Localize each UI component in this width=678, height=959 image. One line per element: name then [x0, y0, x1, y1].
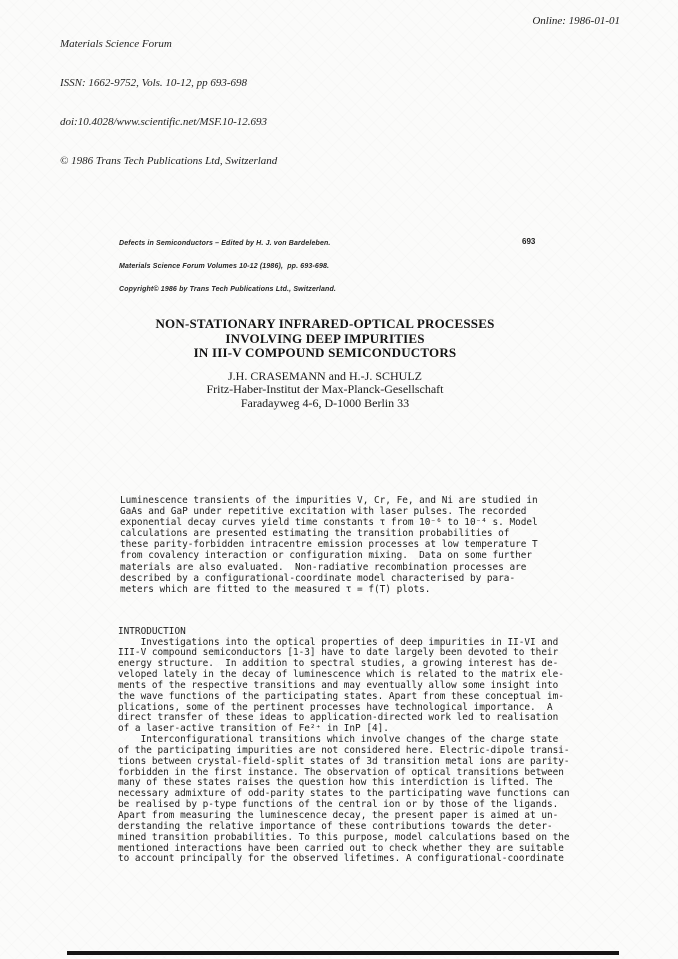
author-affiliation: Fritz-Haber-Institut der Max-Planck-Gese…	[118, 383, 532, 397]
journal-name: Materials Science Forum	[60, 38, 277, 51]
citation-line-1: Defects in Semiconductors – Edited by H.…	[119, 240, 336, 248]
title-line-1: NON-STATIONARY INFRARED-OPTICAL PROCESSE…	[118, 317, 532, 332]
author-address: Faradayweg 4-6, D-1000 Berlin 33	[118, 397, 532, 411]
doi-line: doi:10.4028/www.scientific.net/MSF.10-12…	[60, 116, 277, 129]
author-block: J.H. CRASEMANN and H.-J. SCHULZ Fritz-Ha…	[118, 370, 532, 411]
title-line-2: INVOLVING DEEP IMPURITIES	[118, 332, 532, 347]
series-citation: Defects in Semiconductors – Edited by H.…	[119, 224, 336, 310]
introduction-body: Investigations into the optical properti…	[118, 638, 570, 866]
author-names: J.H. CRASEMANN and H.-J. SCHULZ	[118, 370, 532, 384]
paper-title: NON-STATIONARY INFRARED-OPTICAL PROCESSE…	[118, 317, 532, 361]
copyright-line: © 1986 Trans Tech Publications Ltd, Swit…	[60, 155, 277, 168]
headings-block: NON-STATIONARY INFRARED-OPTICAL PROCESSE…	[118, 317, 532, 411]
abstract-text: Luminescence transients of the impuritie…	[120, 495, 538, 595]
running-head-left: Materials Science Forum ISSN: 1662-9752,…	[60, 12, 277, 194]
citation-line-2: Materials Science Forum Volumes 10-12 (1…	[119, 263, 336, 271]
page-number: 693	[522, 237, 535, 246]
online-date: Online: 1986-01-01	[532, 15, 620, 28]
journal-paper-page: Materials Science Forum ISSN: 1662-9752,…	[0, 0, 678, 959]
citation-line-3: Copyright© 1986 by Trans Tech Publicatio…	[119, 286, 336, 294]
bottom-rule	[67, 951, 619, 955]
title-line-3: IN III-V COMPOUND SEMICONDUCTORS	[118, 346, 532, 361]
issn-line: ISSN: 1662-9752, Vols. 10-12, pp 693-698	[60, 77, 277, 90]
